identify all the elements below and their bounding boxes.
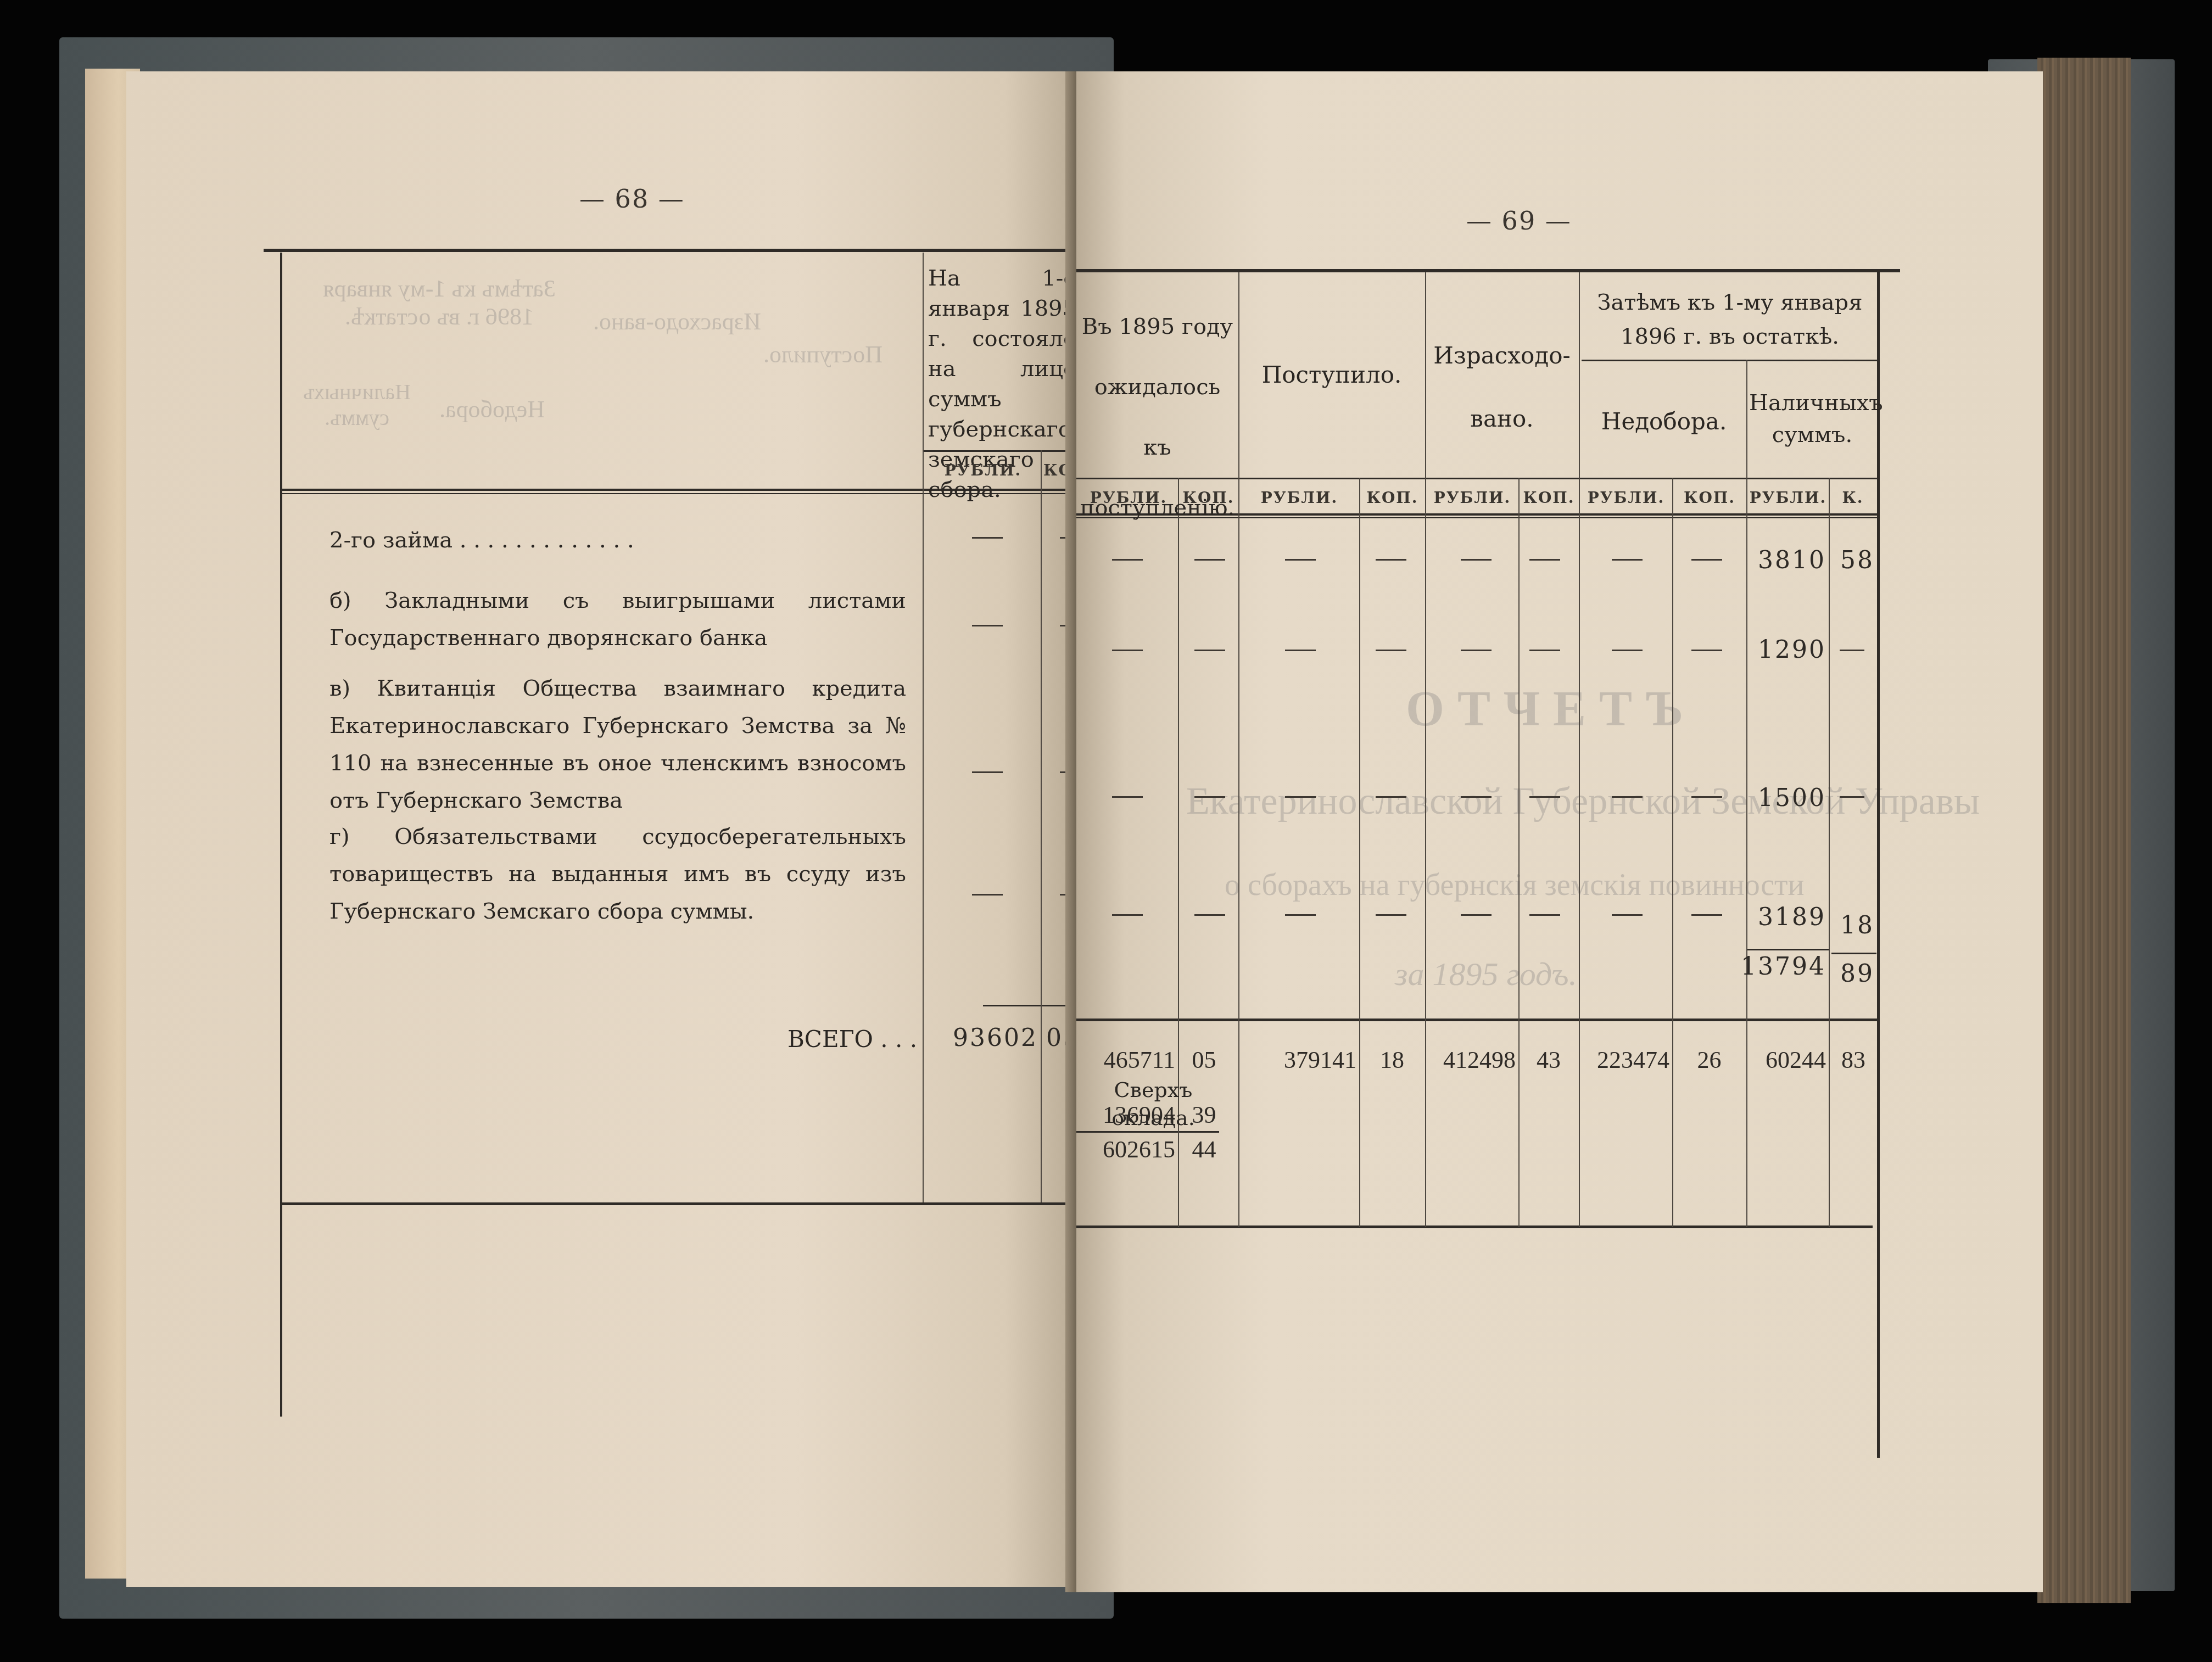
table-right-border: [1877, 272, 1880, 1458]
unit-kop-label: КОП.: [1180, 488, 1237, 508]
received-total-kop: 18: [1362, 1046, 1422, 1074]
expected-sum-kop: 44: [1181, 1135, 1227, 1163]
list-item: 2-го займа . . . . . . . . . . . . .: [329, 522, 906, 559]
empty-value-dash: [972, 625, 1003, 626]
unit-rub-label: РУБЛИ.: [1079, 488, 1178, 508]
col-divider: [923, 253, 924, 1202]
cash-kop-row-1: 58: [1831, 546, 1874, 574]
unit-rub-label: РУБЛИ.: [1241, 488, 1358, 508]
unit-rub-label: РУБЛИ.: [928, 460, 1038, 481]
page-block-edge: [2037, 58, 2131, 1603]
expected-sum-rub: 602615: [1079, 1135, 1175, 1163]
shortfall-total-rub: 223474: [1582, 1046, 1669, 1074]
col-divider: [1746, 360, 1747, 1227]
right-page-number: — 69 —: [1466, 206, 1572, 236]
received-column-header: Поступило.: [1241, 360, 1422, 391]
bleed-through-title: Екатеринославской Губернской Земской Упр…: [1186, 780, 1980, 824]
cash-column-header: Наличныхъ суммъ.: [1749, 387, 1875, 451]
spent-total-kop: 43: [1521, 1046, 1576, 1074]
expected-total-rub: 465711: [1079, 1046, 1175, 1074]
left-page-number: — 68 —: [579, 184, 685, 214]
received-total-rub: 379141: [1241, 1046, 1356, 1074]
bleed-through-text: Израсходо-вано.: [593, 307, 761, 335]
table-bottom-rule: [1076, 1225, 1873, 1228]
cash-subtotal-rub: 13794: [1738, 953, 1826, 981]
table-bottom-rule: [280, 1202, 1082, 1205]
bleed-through-text: Поступило.: [763, 340, 882, 368]
empty-value-dash: [972, 537, 1003, 539]
cash-subtotal-rule: [1746, 949, 1829, 950]
cash-subtotal-kop: 89: [1831, 960, 1874, 988]
empty-value-dash: [972, 894, 1003, 896]
cash-rub-row-1: 3810: [1749, 546, 1826, 574]
cash-rub-row-2: 1290: [1749, 636, 1826, 664]
empty-value-dash: [972, 771, 1003, 773]
spent-total-rub: 412498: [1428, 1046, 1516, 1074]
total-rubles: 93602: [934, 1024, 1038, 1052]
cash-kop-row-4: 18: [1831, 911, 1874, 939]
unit-rub-label: РУБЛИ.: [1428, 488, 1517, 508]
table-left-border: [280, 253, 282, 1417]
kop-divider: [1518, 478, 1520, 1227]
bleed-through-text: Затѣмъ къ 1-му января 1896 г. въ остаткѣ…: [297, 275, 582, 331]
cash-total-rub: 60244: [1749, 1046, 1826, 1074]
over-assessment-kop: 39: [1181, 1101, 1227, 1129]
col-divider: [1041, 450, 1042, 1202]
bleed-through-title: за 1895 годъ.: [1395, 955, 1577, 993]
kop-divider: [1359, 478, 1360, 1227]
bleed-through-title: ОТЧЕТЪ: [1406, 681, 1696, 737]
bleed-through-text: Наличныхъ суммъ.: [297, 379, 417, 430]
col-divider: [1238, 272, 1239, 1227]
kop-divider: [1829, 478, 1830, 1227]
cash-subtotal-rule: [1831, 953, 1876, 954]
balance-group-header: Затѣмъ къ 1-му января 1896 г. въ остаткѣ…: [1584, 286, 1875, 354]
unit-kop-label: КОП.: [1520, 488, 1578, 508]
shortfall-column-header: Недобора.: [1584, 406, 1744, 438]
table-top-rule: [264, 249, 1076, 252]
col-divider: [1425, 272, 1426, 1227]
cash-total-kop: 83: [1831, 1046, 1875, 1074]
over-assessment-rub: 136904: [1079, 1101, 1175, 1129]
cash-rub-row-3: 1500: [1749, 784, 1826, 812]
list-item: в) Квитанція Общества взаимнаго кредита …: [329, 670, 906, 819]
expected-total-kop: 05: [1181, 1046, 1227, 1074]
spent-column-header: Израсходо-вано.: [1428, 324, 1576, 450]
shortfall-total-kop: 26: [1675, 1046, 1744, 1074]
bleed-through-title: о сборахъ на губернскія земскія повиннос…: [1225, 868, 1805, 903]
total-label: ВСЕГО . . .: [697, 1024, 917, 1055]
cash-rub-row-4: 3189: [1749, 903, 1826, 931]
unit-kop-label: КОП.: [1361, 488, 1424, 508]
unit-rub-label: РУБЛИ.: [1749, 488, 1827, 508]
bleed-through-text: Недобора.: [439, 395, 545, 423]
unit-kop-label: КОП.: [1674, 488, 1745, 508]
unit-kop-label: К.: [1830, 488, 1875, 508]
kop-divider: [1672, 478, 1673, 1227]
unit-rub-label: РУБЛИ.: [1582, 488, 1671, 508]
list-item: г) Обязательствами ссудосберегательныхъ …: [329, 818, 906, 930]
totals-top-rule: [1076, 1019, 1878, 1021]
group-header-rule: [1582, 360, 1878, 361]
list-item: б) Закладными съ выигрышами листами Госу…: [329, 582, 906, 657]
table-top-rule: [1076, 269, 1900, 272]
col-divider: [1579, 272, 1580, 1227]
